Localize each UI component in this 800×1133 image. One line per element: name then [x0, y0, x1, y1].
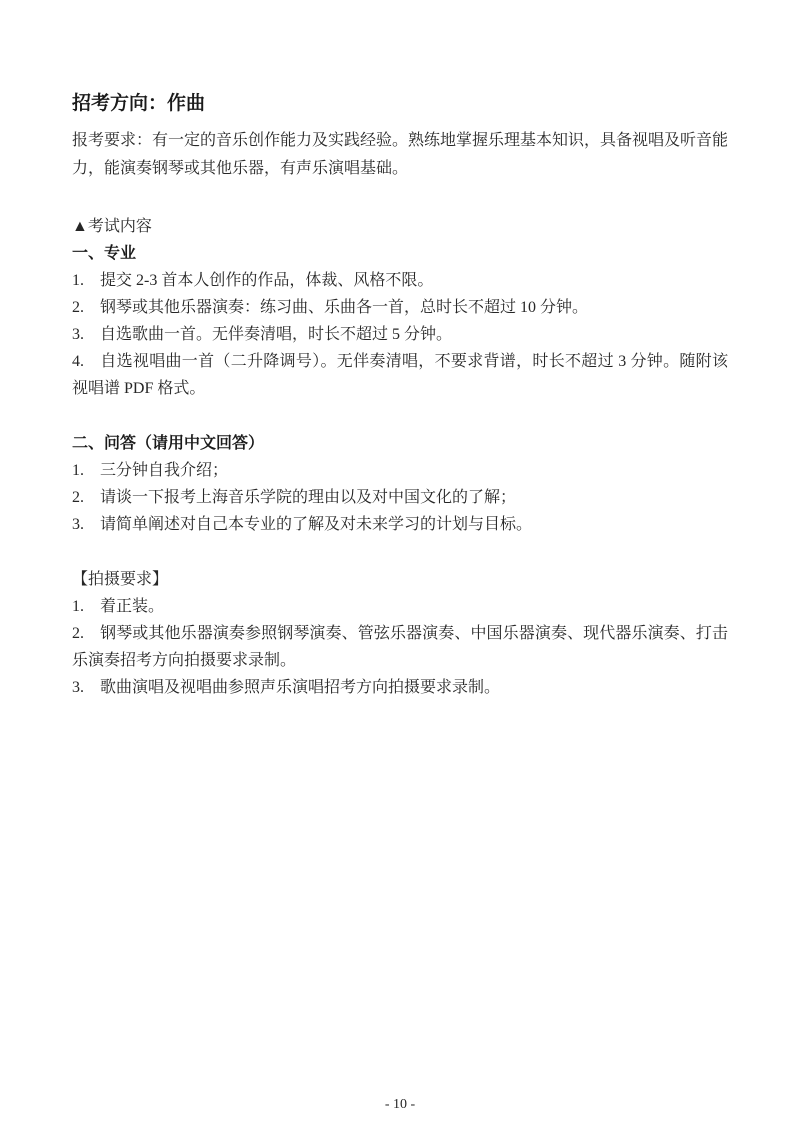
section-qa: 二、问答（请用中文回答） 1.三分钟自我介绍； 2.请谈一下报考上海音乐学院的理… — [72, 430, 728, 538]
list-item-text: 提交 2-3 首本人创作的作品，体裁、风格不限。 — [100, 272, 433, 289]
list-item-number: 2. — [72, 620, 100, 647]
list-item-text: 歌曲演唱及视唱曲参照声乐演唱招考方向拍摄要求录制。 — [100, 679, 500, 696]
list-item-number: 1. — [72, 457, 100, 484]
list-item-number: 3. — [72, 321, 100, 348]
list-item: 1.三分钟自我介绍； — [72, 457, 728, 484]
list-item-text: 请简单阐述对自己本专业的了解及对未来学习的计划与目标。 — [100, 516, 532, 533]
list-item-number: 2. — [72, 294, 100, 321]
document-page: 招考方向：作曲 报考要求：有一定的音乐创作能力及实践经验。熟练地掌握乐理基本知识… — [0, 0, 800, 1133]
section-heading: 【拍摄要求】 — [72, 566, 728, 593]
list-item-number: 1. — [72, 593, 100, 620]
list-item-text: 自选歌曲一首。无伴奏清唱，时长不超过 5 分钟。 — [100, 326, 452, 343]
list-item-text: 自选视唱曲一首（二升降调号）。无伴奏清唱，不要求背谱，时长不超过 3 分钟。随附… — [72, 353, 728, 397]
list-item-text: 钢琴或其他乐器演奏：练习曲、乐曲各一首，总时长不超过 10 分钟。 — [100, 299, 588, 316]
list-item-text: 着正装。 — [100, 598, 164, 615]
list-item-text: 三分钟自我介绍； — [100, 462, 228, 479]
page-title: 招考方向：作曲 — [72, 92, 728, 116]
list-item-number: 3. — [72, 674, 100, 701]
intro-paragraph: 报考要求：有一定的音乐创作能力及实践经验。熟练地掌握乐理基本知识，具备视唱及听音… — [72, 127, 728, 183]
list-item: 1.提交 2-3 首本人创作的作品，体裁、风格不限。 — [72, 267, 728, 294]
list-item: 3.自选歌曲一首。无伴奏清唱，时长不超过 5 分钟。 — [72, 321, 728, 348]
list-item: 1.着正装。 — [72, 593, 728, 620]
page-content: 招考方向：作曲 报考要求：有一定的音乐创作能力及实践经验。熟练地掌握乐理基本知识… — [0, 92, 800, 701]
list-item: 2.请谈一下报考上海音乐学院的理由以及对中国文化的了解； — [72, 484, 728, 511]
list-item-number: 1. — [72, 267, 100, 294]
list-item-number: 2. — [72, 484, 100, 511]
section-filming-requirements: 【拍摄要求】 1.着正装。 2.钢琴或其他乐器演奏参照钢琴演奏、管弦乐器演奏、中… — [72, 566, 728, 701]
section-major: 一、专业 1.提交 2-3 首本人创作的作品，体裁、风格不限。 2.钢琴或其他乐… — [72, 240, 728, 402]
list-item: 3.请简单阐述对自己本专业的了解及对未来学习的计划与目标。 — [72, 511, 728, 538]
list-item-number: 3. — [72, 511, 100, 538]
list-item: 2.钢琴或其他乐器演奏参照钢琴演奏、管弦乐器演奏、中国乐器演奏、现代器乐演奏、打… — [72, 620, 728, 674]
section-heading: 一、专业 — [72, 240, 728, 267]
page-number: - 10 - — [0, 1096, 800, 1114]
list-item-number: 4. — [72, 348, 100, 375]
section-heading: 二、问答（请用中文回答） — [72, 430, 728, 457]
list-item: 4.自选视唱曲一首（二升降调号）。无伴奏清唱，不要求背谱，时长不超过 3 分钟。… — [72, 348, 728, 402]
list-item-text: 请谈一下报考上海音乐学院的理由以及对中国文化的了解； — [100, 489, 516, 506]
exam-content-label: ▲考试内容 — [72, 213, 728, 240]
list-item: 3.歌曲演唱及视唱曲参照声乐演唱招考方向拍摄要求录制。 — [72, 674, 728, 701]
list-item: 2.钢琴或其他乐器演奏：练习曲、乐曲各一首，总时长不超过 10 分钟。 — [72, 294, 728, 321]
list-item-text: 钢琴或其他乐器演奏参照钢琴演奏、管弦乐器演奏、中国乐器演奏、现代器乐演奏、打击乐… — [72, 625, 728, 669]
